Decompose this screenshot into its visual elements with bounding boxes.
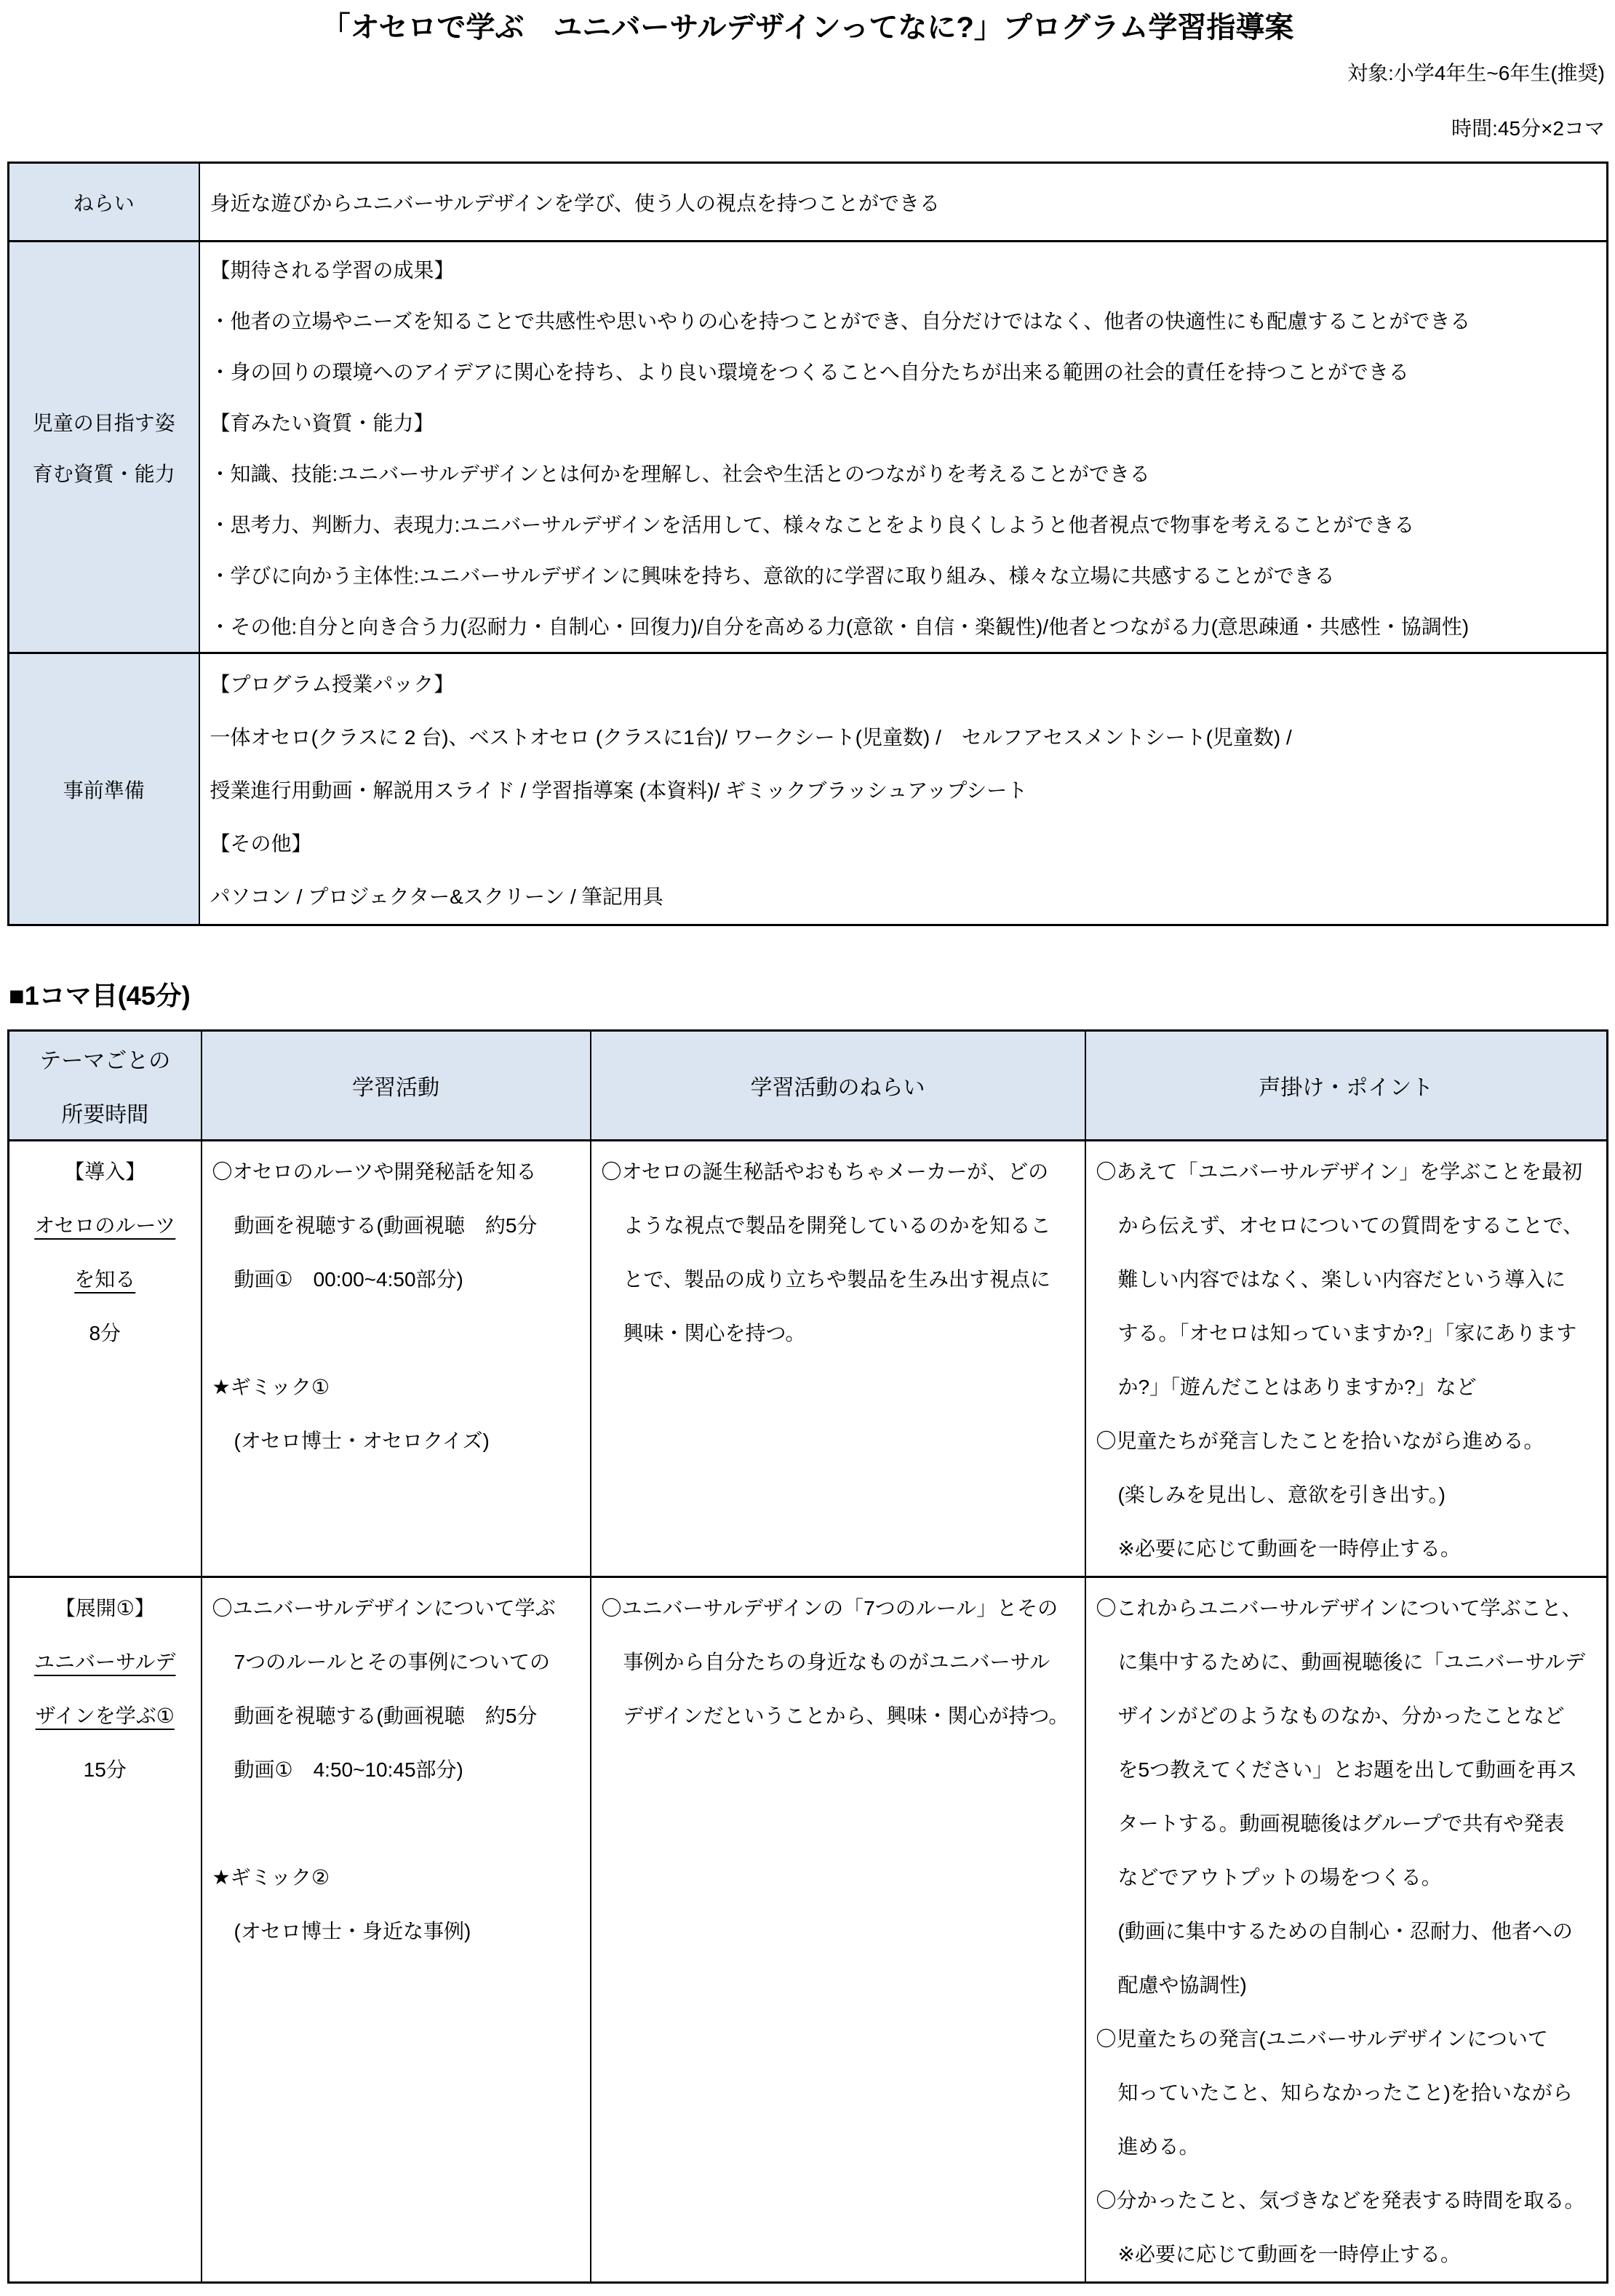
activity-lines: 〇ユニバーサルデザインについて学ぶ7つのルールとその事例についての動画を視聴する… xyxy=(212,1580,580,1957)
row-label-cell: 児童の目指す姿育む資質・能力 xyxy=(9,242,199,653)
text-line: 7つのルールとその事例についての xyxy=(212,1634,580,1688)
duration-note: 時間:45分×2コマ xyxy=(0,116,1615,141)
header-aim: 学習活動のねらい xyxy=(591,1031,1085,1141)
text-line: 動画を視聴する(動画視聴 約5分 xyxy=(212,1688,580,1742)
row-content-cell: 【プログラム授業パック】一体オセロ(クラスに 2 台)、ベストオセロ (クラスに… xyxy=(199,653,1608,925)
activity-lines: 〇オセロのルーツや開発秘話を知る動画を視聴する(動画視聴 約5分動画① 00:0… xyxy=(212,1144,580,1467)
text-line: ★ギミック② xyxy=(212,1849,580,1903)
text-line: を知る xyxy=(12,1251,198,1305)
text-line: ・他者の立場やニーズを知ることで共感性や思いやりの心を持つことができ、自分だけで… xyxy=(210,295,1597,346)
text-line: 〇ユニバーサルデザインについて学ぶ xyxy=(212,1580,580,1634)
theme-cell: 【導入】オセロのルーツを知る8分 xyxy=(9,1141,202,1577)
header-activity: 学習活動 xyxy=(202,1031,591,1141)
overview-table: ねらい 身近な遊びからユニバーサルデザインを学び、使う人の視点を持つことができる… xyxy=(7,162,1608,926)
text-line: とで、製品の成り立ちや製品を生み出す視点に xyxy=(602,1251,1074,1305)
text-line: 〇あえて「ユニバーサルデザイン」を学ぶことを最初 xyxy=(1096,1144,1597,1197)
points-cell: 〇これからユニバーサルデザインについて学ぶこと、に集中するために、動画視聴後に「… xyxy=(1085,1577,1608,2283)
text-line: 〇児童たちの発言(ユニバーサルデザインについて xyxy=(1096,2011,1597,2065)
text-line: タートする。動画視聴後はグループで共有や発表 xyxy=(1096,1795,1597,1849)
text-line: 児童の目指す姿 xyxy=(9,396,199,447)
activity-cell: 〇ユニバーサルデザインについて学ぶ7つのルールとその事例についての動画を視聴する… xyxy=(202,1577,591,2283)
text-line: (動画に集中するための自制心・忍耐力、他者への xyxy=(1096,1903,1597,1957)
text-line: ・知識、技能:ユニバーサルデザインとは何かを理解し、社会や生活とのつながりを考え… xyxy=(210,447,1597,498)
text-line: 進める。 xyxy=(1096,2118,1597,2172)
text-line: 所要時間 xyxy=(9,1085,201,1139)
theme-lines: 【展開①】ユニバーサルデザインを学ぶ①15分 xyxy=(12,1580,198,1795)
text-line: 〇オセロの誕生秘話やおもちゃメーカーが、どの xyxy=(602,1144,1074,1197)
lesson-plan-page: 「オセロで学ぶ ユニバーサルデザインってなに?」プログラム学習指導案 対象:小学… xyxy=(0,0,1615,2296)
text-line: 〇分かったこと、気づきなどを発表する時間を取る。 xyxy=(1096,2172,1597,2226)
text-line: 〇ユニバーサルデザインの「7つのルール」とその xyxy=(602,1580,1074,1634)
row-label-cell: 事前準備 xyxy=(9,653,199,925)
text-line: 動画を視聴する(動画視聴 約5分 xyxy=(212,1197,580,1251)
text-line: ※必要に応じて動画を一時停止する。 xyxy=(1096,2226,1597,2280)
lesson1-header-row: テーマごとの所要時間 学習活動 学習活動のねらい 声掛け・ポイント xyxy=(9,1031,1608,1141)
header-points: 声掛け・ポイント xyxy=(1085,1031,1608,1141)
text-line: 〇これからユニバーサルデザインについて学ぶこと、 xyxy=(1096,1580,1597,1634)
text-line: 事例から自分たちの身近なものがユニバーサル xyxy=(602,1634,1074,1688)
blank-line xyxy=(212,1795,580,1849)
text-line: (オセロ博士・身近な事例) xyxy=(212,1903,580,1957)
text-line: から伝えず、オセロについての質問をすることで、 xyxy=(1096,1197,1597,1251)
text-line: 難しい内容ではなく、楽しい内容だという導入に xyxy=(1096,1251,1597,1305)
text-line: (オセロ博士・オセロクイズ) xyxy=(212,1413,580,1467)
text-line: 〇オセロのルーツや開発秘話を知る xyxy=(212,1144,580,1197)
text-line: 【導入】 xyxy=(12,1144,198,1197)
lesson1-row-development1: 【展開①】ユニバーサルデザインを学ぶ①15分 〇ユニバーサルデザインについて学ぶ… xyxy=(9,1577,1608,2283)
text-line: 【プログラム授業パック】 xyxy=(210,656,1597,709)
header-theme-duration-lines: テーマごとの所要時間 xyxy=(9,1032,201,1139)
text-line: ・学びに向かう主体性:ユニバーサルデザインに興味を持ち、意欲的に学習に取り組み、… xyxy=(210,549,1597,600)
aim-lines: 〇オセロの誕生秘話やおもちゃメーカーが、どのような視点で製品を開発しているのかを… xyxy=(602,1144,1074,1359)
text-line: 知っていたこと、知らなかったこと)を拾いながら xyxy=(1096,2065,1597,2118)
text-line: 授業進行用動画・解説用スライド / 学習指導案 (本資料)/ ギミックブラッシュ… xyxy=(210,762,1597,816)
text-line: などでアウトプットの場をつくる。 xyxy=(1096,1849,1597,1903)
text-line: 【育みたい資質・能力】 xyxy=(210,396,1597,447)
document-title: 「オセロで学ぶ ユニバーサルデザインってなに?」プログラム学習指導案 xyxy=(0,0,1615,45)
text-line: テーマごとの xyxy=(9,1032,201,1085)
text-line: か?」「遊んだことはありますか?」など xyxy=(1096,1359,1597,1413)
aim-cell: 〇ユニバーサルデザインの「7つのルール」とその事例から自分たちの身近なものがユニ… xyxy=(591,1577,1085,2283)
header-theme-duration: テーマごとの所要時間 xyxy=(9,1031,202,1141)
row-label: ねらい xyxy=(9,177,199,228)
table-row-preparation: 事前準備 【プログラム授業パック】一体オセロ(クラスに 2 台)、ベストオセロ … xyxy=(9,653,1608,925)
text-line: 配慮や協調性) xyxy=(1096,1957,1597,2011)
text-line: する。「オセロは知っていますか?」「家にあります xyxy=(1096,1305,1597,1359)
text-line: 8分 xyxy=(12,1305,198,1359)
table-row-goals: 児童の目指す姿育む資質・能力 【期待される学習の成果】・他者の立場やニーズを知る… xyxy=(9,242,1608,653)
table-row-nerai: ねらい 身近な遊びからユニバーサルデザインを学び、使う人の視点を持つことができる xyxy=(9,163,1608,242)
text-line: 身近な遊びからユニバーサルデザインを学び、使う人の視点を持つことができる xyxy=(210,177,1597,228)
text-line: に集中するために、動画視聴後に「ユニバーサルデ xyxy=(1096,1634,1597,1688)
blank-line xyxy=(212,1305,580,1359)
theme-cell: 【展開①】ユニバーサルデザインを学ぶ①15分 xyxy=(9,1577,202,2283)
theme-lines: 【導入】オセロのルーツを知る8分 xyxy=(12,1144,198,1359)
row-label-cell: ねらい xyxy=(9,163,199,242)
text-line: ねらい xyxy=(9,177,199,228)
row-content: 【期待される学習の成果】・他者の立場やニーズを知ることで共感性や思いやりの心を持… xyxy=(210,244,1597,651)
text-line: 【その他】 xyxy=(210,816,1597,869)
aim-cell: 〇オセロの誕生秘話やおもちゃメーカーが、どのような視点で製品を開発しているのかを… xyxy=(591,1141,1085,1577)
text-line: ★ギミック① xyxy=(212,1359,580,1413)
text-line: 育む資質・能力 xyxy=(9,447,199,498)
text-line: 【期待される学習の成果】 xyxy=(210,244,1597,295)
text-line: ザインがどのようなものなか、分かったことなど xyxy=(1096,1688,1597,1742)
aim-lines: 〇ユニバーサルデザインの「7つのルール」とその事例から自分たちの身近なものがユニ… xyxy=(602,1580,1074,1742)
points-lines: 〇あえて「ユニバーサルデザイン」を学ぶことを最初から伝えず、オセロについての質問… xyxy=(1096,1144,1597,1574)
activity-cell: 〇オセロのルーツや開発秘話を知る動画を視聴する(動画視聴 約5分動画① 00:0… xyxy=(202,1141,591,1577)
lesson1-table: テーマごとの所要時間 学習活動 学習活動のねらい 声掛け・ポイント 【導入】オセ… xyxy=(7,1029,1608,2284)
row-label: 児童の目指す姿育む資質・能力 xyxy=(9,396,199,498)
text-line: 【展開①】 xyxy=(12,1580,198,1634)
lesson1-row-introduction: 【導入】オセロのルーツを知る8分 〇オセロのルーツや開発秘話を知る動画を視聴する… xyxy=(9,1141,1608,1577)
text-line: ような視点で製品を開発しているのかを知るこ xyxy=(602,1197,1074,1251)
text-line: (楽しみを見出し、意欲を引き出す。) xyxy=(1096,1467,1597,1520)
text-line: デザインだということから、興味・関心が持つ。 xyxy=(602,1688,1074,1742)
text-line: 動画① 4:50~10:45部分) xyxy=(212,1742,580,1795)
text-line: ユニバーサルデ xyxy=(12,1634,198,1688)
text-line: 〇児童たちが発言したことを拾いながら進める。 xyxy=(1096,1413,1597,1467)
text-line: 15分 xyxy=(12,1742,198,1795)
row-content: 身近な遊びからユニバーサルデザインを学び、使う人の視点を持つことができる xyxy=(210,177,1597,228)
section-heading-lesson1: ■1コマ目(45分) xyxy=(9,980,1615,1012)
text-line: 事前準備 xyxy=(9,762,199,816)
text-line: 興味・関心を持つ。 xyxy=(602,1305,1074,1359)
text-line: を5つ教えてください」とお題を出して動画を再ス xyxy=(1096,1742,1597,1795)
audience-note: 対象:小学4年生~6年生(推奨) xyxy=(0,61,1615,86)
points-cell: 〇あえて「ユニバーサルデザイン」を学ぶことを最初から伝えず、オセロについての質問… xyxy=(1085,1141,1608,1577)
text-line: ・身の回りの環境へのアイデアに関心を持ち、より良い環境をつくることへ自分たちが出… xyxy=(210,346,1597,396)
text-line: ※必要に応じて動画を一時停止する。 xyxy=(1096,1520,1597,1574)
row-content: 【プログラム授業パック】一体オセロ(クラスに 2 台)、ベストオセロ (クラスに… xyxy=(210,656,1597,922)
text-line: ザインを学ぶ① xyxy=(12,1688,198,1742)
text-line: ・その他:自分と向き合う力(忍耐力・自制心・回復力)/自分を高める力(意欲・自信… xyxy=(210,600,1597,651)
text-line: 動画① 00:00~4:50部分) xyxy=(212,1251,580,1305)
row-content-cell: 【期待される学習の成果】・他者の立場やニーズを知ることで共感性や思いやりの心を持… xyxy=(199,242,1608,653)
points-lines: 〇これからユニバーサルデザインについて学ぶこと、に集中するために、動画視聴後に「… xyxy=(1096,1580,1597,2280)
text-line: オセロのルーツ xyxy=(12,1197,198,1251)
text-line: パソコン / プロジェクター&スクリーン / 筆記用具 xyxy=(210,869,1597,922)
row-label: 事前準備 xyxy=(9,762,199,816)
text-line: 一体オセロ(クラスに 2 台)、ベストオセロ (クラスに1台)/ ワークシート(… xyxy=(210,709,1597,762)
row-content-cell: 身近な遊びからユニバーサルデザインを学び、使う人の視点を持つことができる xyxy=(199,163,1608,242)
text-line: ・思考力、判断力、表現力:ユニバーサルデザインを活用して、様々なことをより良くし… xyxy=(210,498,1597,549)
